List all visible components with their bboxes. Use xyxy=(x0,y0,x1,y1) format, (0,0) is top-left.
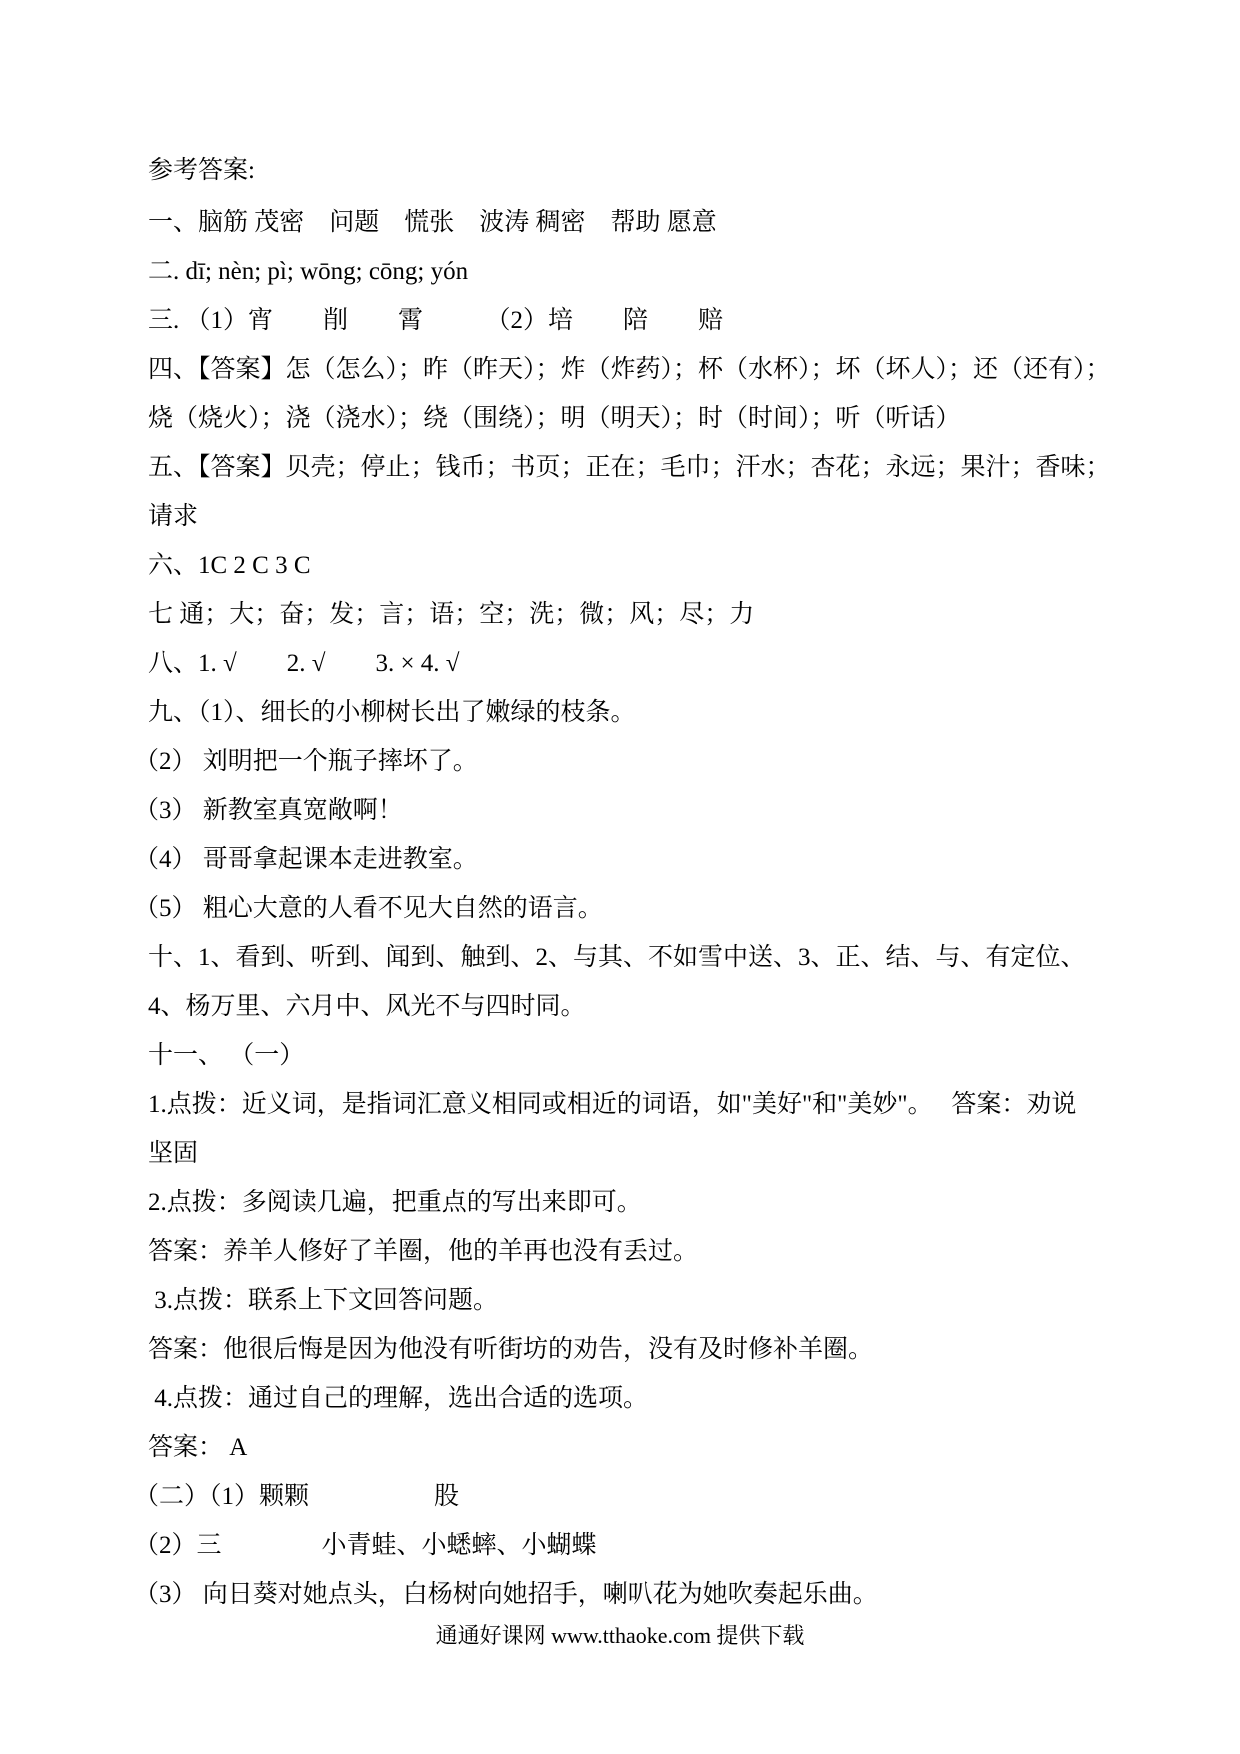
answer-line-29: （3） 向日葵对她点头，白杨树向她招手，喇叭花为她吹奏起乐曲。 xyxy=(134,1570,1230,1619)
answer-line-24: 答案：他很后悔是因为他没有听街坊的劝告，没有及时修补羊圈。 xyxy=(148,1325,1230,1374)
page-footer: 通通好课网 www.tthaoke.com 提供下载 xyxy=(0,1621,1240,1651)
page-title: 参考答案: xyxy=(148,146,1230,198)
answer-line-3: 三. （1）宵 削 霄 （2）培 陪 赔 xyxy=(148,296,1230,345)
answer-line-18: 十一、 （一） xyxy=(148,1031,1230,1080)
answer-lines: 一、脑筋 茂密 问题 慌张 波涛 稠密 帮助 愿意二. dī; nèn; pì;… xyxy=(148,198,1230,1619)
answer-line-15: （5） 粗心大意的人看不见大自然的语言。 xyxy=(134,884,1230,933)
answer-line-25: 4.点拨：通过自己的理解，选出合适的选项。 xyxy=(148,1374,1230,1423)
answer-line-14: （4） 哥哥拿起课本走进教室。 xyxy=(134,835,1230,884)
answer-line-27: （二）（1）颗颗 股 xyxy=(134,1472,1230,1521)
answer-line-11: 九、（1）、细长的小柳树长出了嫩绿的枝条。 xyxy=(148,688,1230,737)
answer-line-26: 答案： A xyxy=(148,1423,1230,1472)
answer-line-4: 四、【答案】怎（怎么）；昨（昨天）；炸（炸药）；杯（水杯）；坏（坏人）；还（还有… xyxy=(148,345,1230,394)
answer-line-2: 二. dī; nèn; pì; wōng; cōng; yón xyxy=(148,247,1230,296)
answer-line-28: （2）三 小青蛙、小蟋蟀、小蝴蝶 xyxy=(134,1521,1230,1570)
answer-line-19: 1.点拨：近义词，是指词汇意义相同或相近的词语，如"美好"和"美妙"。 答案：劝… xyxy=(148,1080,1230,1129)
answer-line-6: 五、【答案】贝壳；停止；钱币；书页；正在；毛巾；汗水；杏花；永远；果汁；香味； xyxy=(148,443,1230,492)
answer-line-21: 2.点拨：多阅读几遍，把重点的写出来即可。 xyxy=(148,1178,1230,1227)
answer-line-16: 十、1、看到、听到、闻到、触到、2、与其、不如雪中送、3、正、结、与、有定位、 xyxy=(148,933,1230,982)
answer-sheet-page: 参考答案: 一、脑筋 茂密 问题 慌张 波涛 稠密 帮助 愿意二. dī; nè… xyxy=(0,0,1240,1754)
answer-line-12: （2） 刘明把一个瓶子摔坏了。 xyxy=(134,737,1230,786)
answer-line-22: 答案：养羊人修好了羊圈，他的羊再也没有丢过。 xyxy=(148,1227,1230,1276)
answer-line-8: 六、1C 2 C 3 C xyxy=(148,541,1230,590)
answer-line-17: 4、杨万里、六月中、风光不与四时同。 xyxy=(148,982,1230,1031)
answer-line-13: （3） 新教室真宽敞啊！ xyxy=(134,786,1230,835)
answer-line-9: 七 通；大；奋；发；言；语；空；洗；微；风；尽；力 xyxy=(148,590,1230,639)
document-content: 参考答案: 一、脑筋 茂密 问题 慌张 波涛 稠密 帮助 愿意二. dī; nè… xyxy=(148,146,1230,1619)
answer-line-7: 请求 xyxy=(148,492,1230,541)
answer-line-23: 3.点拨：联系上下文回答问题。 xyxy=(148,1276,1230,1325)
answer-line-1: 一、脑筋 茂密 问题 慌张 波涛 稠密 帮助 愿意 xyxy=(148,198,1230,247)
answer-line-10: 八、1. √ 2. √ 3. × 4. √ xyxy=(148,639,1230,688)
answer-line-20: 坚固 xyxy=(148,1129,1230,1178)
answer-line-5: 烧（烧火）；浇（浇水）；绕（围绕）；明（明天）；时（时间）；听（听话） xyxy=(148,394,1230,443)
